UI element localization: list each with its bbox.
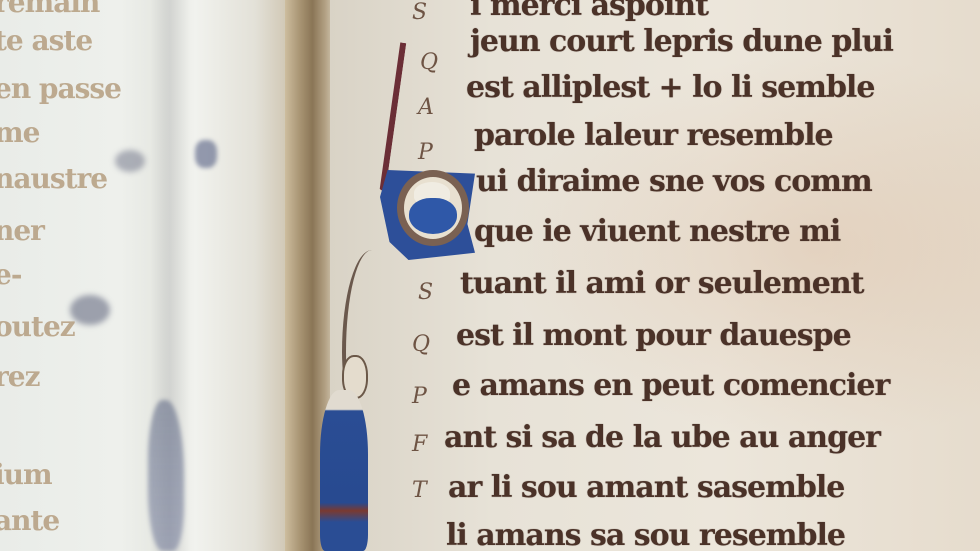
text-line: est alliplest + lo li semble <box>466 70 874 105</box>
ink-spot <box>70 295 110 325</box>
text-line: e amans en peut comencier <box>452 368 889 403</box>
left-text-line: ium <box>0 458 52 491</box>
paraph-mark: T <box>412 478 427 503</box>
ink-stain <box>148 400 184 551</box>
left-text-line: ner <box>0 214 44 247</box>
text-line: tuant il ami or seulement <box>460 266 864 301</box>
paraph-mark: S <box>418 280 433 305</box>
left-text-line: e- <box>0 258 21 291</box>
paraph-mark: P <box>412 384 427 409</box>
text-line: i merci aspoint <box>470 0 708 23</box>
text-line: parole laleur resemble <box>474 118 833 153</box>
ink-spot <box>195 140 217 168</box>
manuscript-photo: remain te aste en passe me naustre ner e… <box>0 0 980 551</box>
text-line: est il mont pour dauespe <box>456 318 851 353</box>
text-line: que ie viuent nestre mi <box>474 214 840 249</box>
left-text-line: te aste <box>0 24 92 57</box>
ink-spot <box>115 150 145 172</box>
left-text-line: naustre <box>0 162 107 195</box>
left-text-line: en passe <box>0 72 121 105</box>
paraph-mark: Q <box>420 50 438 75</box>
text-line: jeun court lepris dune plui <box>470 24 893 59</box>
paraph-mark: A <box>418 95 434 120</box>
text-line: ar li sou amant sasemble <box>448 470 844 505</box>
left-text-line: outez <box>0 310 75 343</box>
text-line: li amans sa sou resemble <box>446 518 845 551</box>
left-text-line: ante <box>0 504 59 537</box>
text-line: ant si sa de la ube au anger <box>444 420 880 455</box>
marginal-figure-body <box>320 390 368 551</box>
paraph-mark: Q <box>412 332 430 357</box>
text-line: ui diraime sne vos comm <box>476 164 872 199</box>
initial-q-inner <box>409 198 457 234</box>
paraph-mark: F <box>412 432 427 457</box>
paraph-mark: S <box>412 0 427 25</box>
paraph-mark: P <box>418 140 433 165</box>
left-text-line: me <box>0 116 39 149</box>
left-text-line: rez <box>0 360 39 393</box>
left-text-line: remain <box>0 0 99 19</box>
